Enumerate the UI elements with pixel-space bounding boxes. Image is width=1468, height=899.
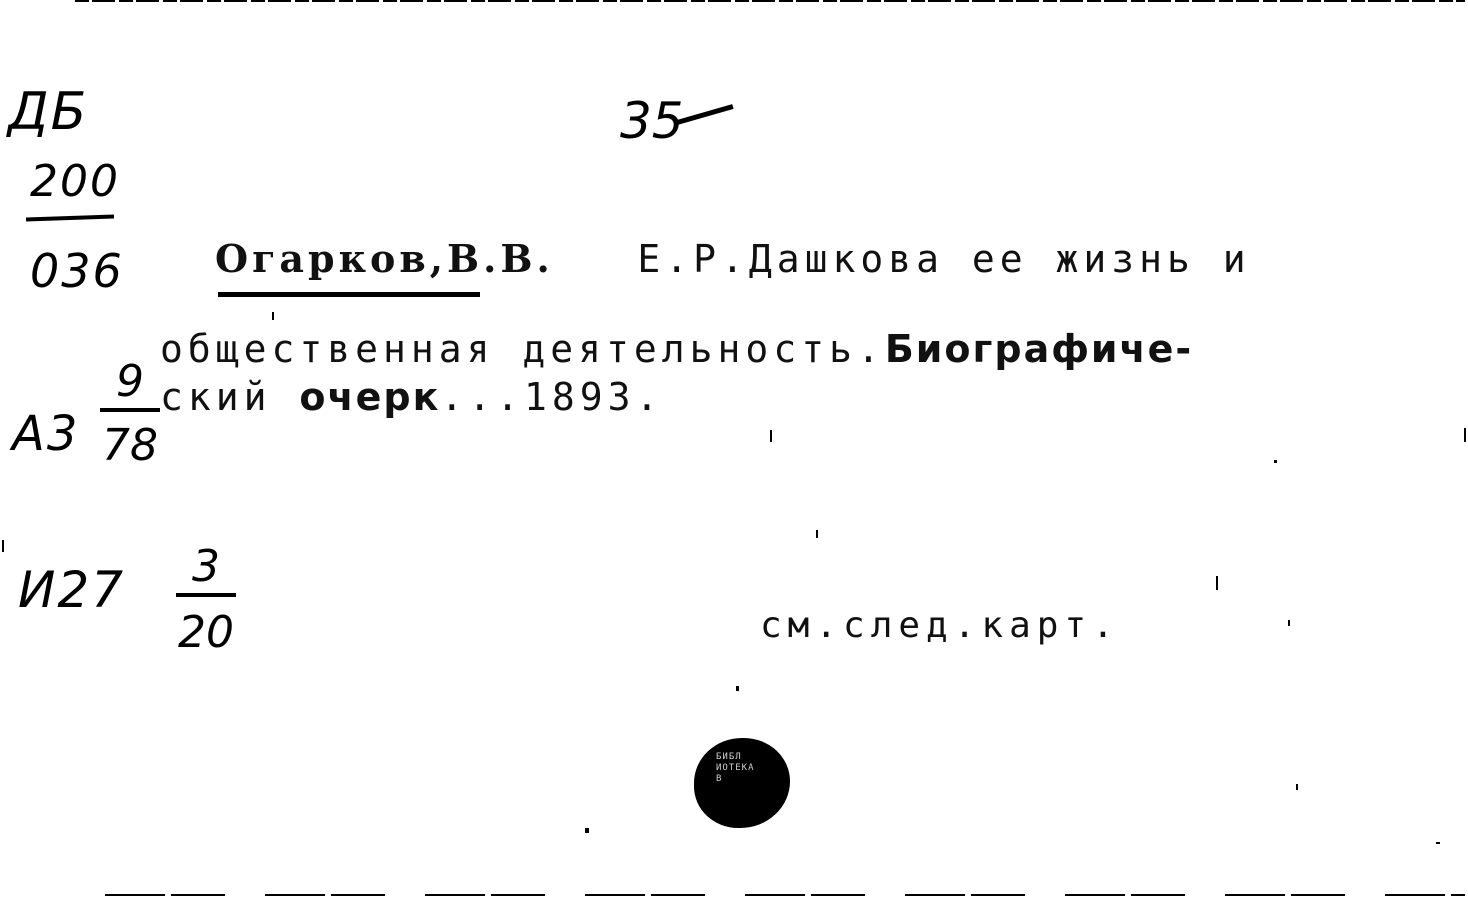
card-top-edge: [75, 0, 1465, 2]
catalog-card: ДБ 200 036 35 Огарков,В.В. Е.Р.Дашкова е…: [0, 0, 1468, 899]
location-fraction-i27: 3 20: [176, 545, 236, 655]
stamp-text: БИБЛ ИОТЕКА В: [716, 752, 772, 785]
shelfmark-series: ДБ: [8, 86, 88, 138]
page-mark-stroke: [676, 104, 733, 125]
location-label-i27: И27: [18, 565, 125, 615]
entry-date: ...1893.: [440, 375, 663, 419]
see-next-card-note: см.след.карт.: [760, 608, 1120, 644]
page-mark: 35: [620, 92, 684, 150]
scan-speck: [1436, 842, 1440, 844]
scan-speck: [2, 540, 4, 552]
location-denominator: 20: [176, 611, 236, 655]
entry-title-line-3-prefix: ский: [160, 375, 272, 419]
library-stamp-icon: БИБЛ ИОТЕКА В: [694, 738, 790, 828]
shelfmark-divider: [26, 214, 114, 221]
scan-speck: [585, 828, 589, 833]
entry-line-1: Огарков,В.В. Е.Р.Дашкова ее жизнь и: [215, 240, 1251, 278]
scan-speck: [816, 530, 818, 538]
fraction-bar: [100, 408, 160, 412]
location-denominator: 78: [100, 424, 160, 468]
location-numerator: 3: [176, 545, 236, 589]
scan-speck: [1288, 620, 1290, 626]
scan-speck: [770, 430, 772, 442]
location-numerator: 9: [100, 360, 160, 404]
shelfmark-number: 200: [30, 160, 120, 204]
scan-speck: [736, 686, 739, 691]
entry-title-line-2-handwritten: Биографиче-: [885, 327, 1193, 371]
shelfmark-code: 036: [30, 248, 124, 294]
location-fraction-a3: 9 78: [100, 360, 160, 468]
scan-speck: [1216, 576, 1218, 590]
location-label-a3: А3: [12, 410, 79, 458]
entry-line-3: ский очерк...1893.: [160, 378, 663, 416]
entry-author: Огарков,В.В.: [215, 236, 554, 281]
author-underline: [218, 292, 480, 297]
scan-speck: [1274, 460, 1277, 463]
entry-title-line-3-handwritten: очерк: [299, 375, 440, 419]
scan-speck: [1464, 428, 1466, 442]
entry-title-line-2: общественная деятельность.: [160, 327, 885, 371]
scan-speck: [1296, 784, 1298, 790]
fraction-bar: [176, 593, 236, 597]
scan-speck: [272, 312, 274, 320]
card-bottom-edge: [105, 894, 1465, 896]
entry-title-line-1: Е.Р.Дашкова ее жизнь и: [582, 237, 1251, 281]
entry-line-2: общественная деятельность.Биографиче-: [160, 330, 1193, 368]
